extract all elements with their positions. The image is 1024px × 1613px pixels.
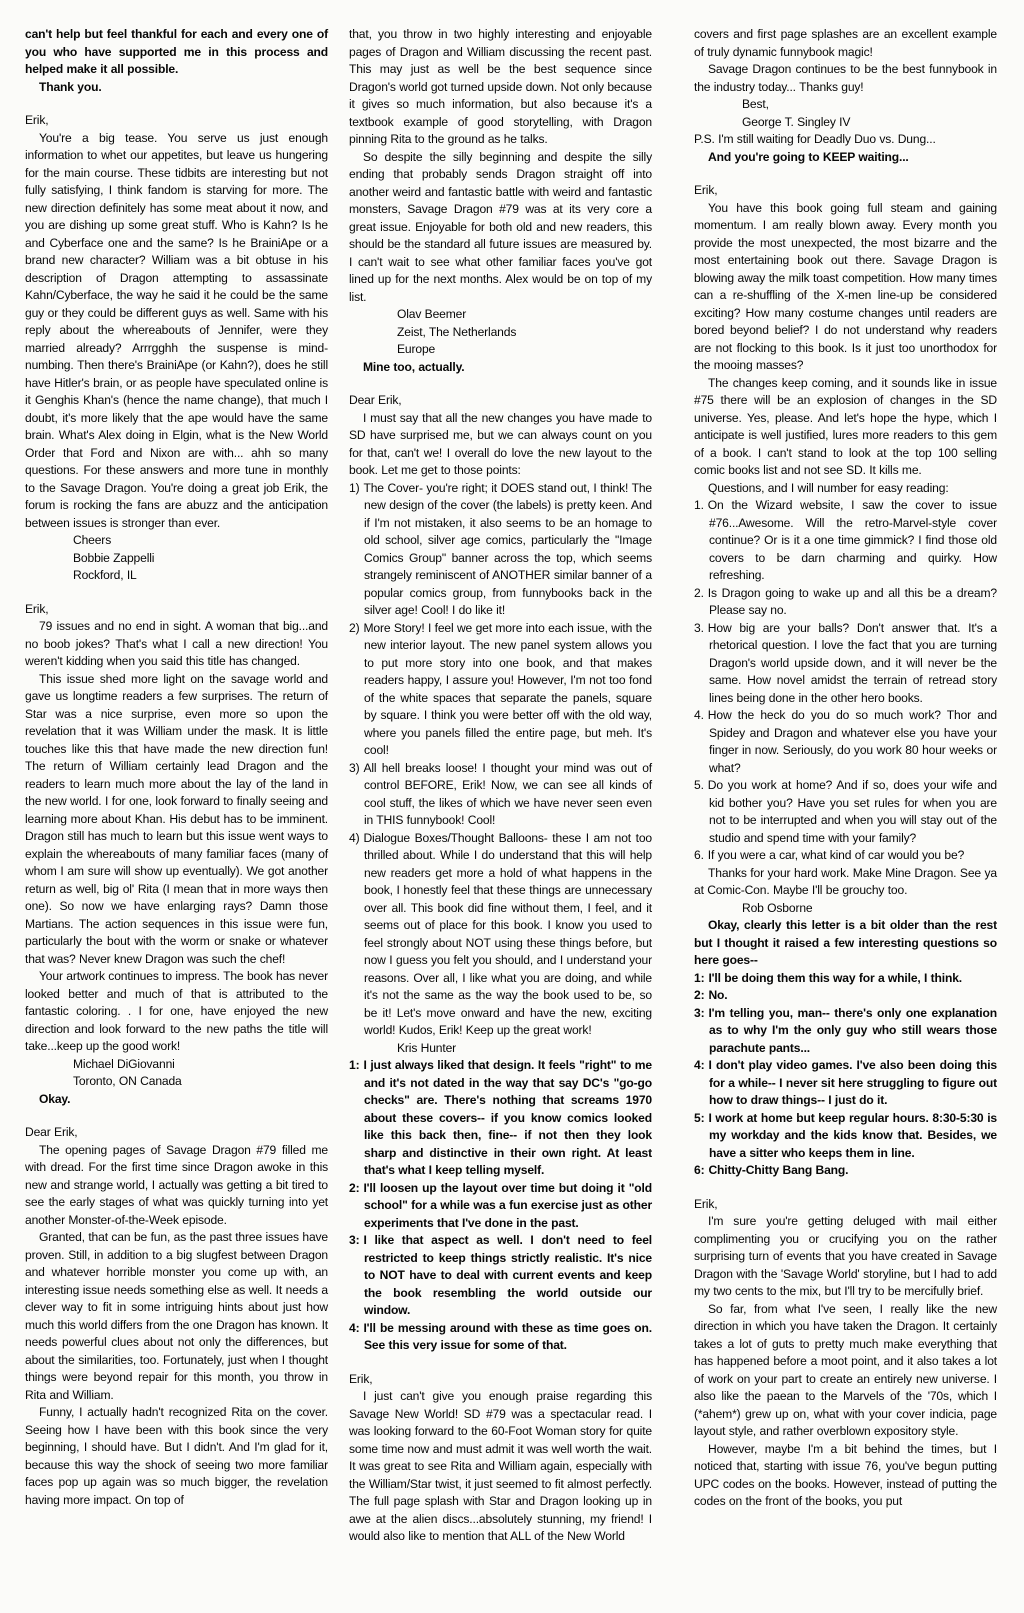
signature-line: Michael DiGiovanni [73,1056,328,1074]
salutation: Erik, [694,182,997,200]
letter-paragraph: P.S. I'm still waiting for Deadly Duo vs… [694,131,997,149]
item-marker: 2: [349,1181,363,1195]
signature-line: Bobbie Zappelli [73,550,328,568]
item-marker: 1: [349,1058,363,1072]
signature-line: Europe [397,341,652,359]
item-marker: 5: [694,1111,708,1125]
signature-line: Rockford, IL [73,567,328,585]
item-marker: 3: [349,1233,363,1247]
item-marker: 1) [349,481,363,495]
item-marker: 2. [694,586,708,600]
letter-point-item: 2.Is Dragon going to wake up and all thi… [694,585,997,620]
letter-paragraph: So despite the silly beginning and despi… [349,149,652,307]
letter-point-item: 2)More Story! I feel we get more into ea… [349,620,652,760]
signature: Olav BeemerZeist, The NetherlandsEurope [349,306,652,359]
item-marker: 4. [694,708,708,722]
item-text: Is Dragon going to wake up and all this … [708,586,997,618]
editor-reply-item: 4:I don't play video games. I've also be… [694,1057,997,1110]
letter-paragraph: Questions, and I will number for easy re… [694,480,997,498]
editor-reply-item: 4:I'll be messing around with these as t… [349,1320,652,1355]
letter-paragraph: I'm sure you're getting deluged with mai… [694,1213,997,1301]
editor-reply: Mine too, actually. [349,359,652,377]
salutation: Dear Erik, [25,1124,328,1142]
letter-paragraph: Your artwork continues to impress. The b… [25,968,328,1056]
item-marker: 2) [349,621,363,635]
signature-line: George T. Singley IV [742,114,997,132]
editor-reply-item: 3:I'm telling you, man-- there's only on… [694,1005,997,1058]
editor-reply-item: 2:No. [694,987,997,1005]
letter-paragraph: Funny, I actually hadn't recognized Rita… [25,1404,328,1509]
letter-paragraph: that, you throw in two highly interestin… [349,26,652,149]
salutation: Erik, [25,112,328,130]
letter-paragraph: You're a big tease. You serve us just en… [25,130,328,533]
column-1: can't help but feel thankful for each an… [25,26,328,1546]
item-text: I work at home but keep regular hours. 8… [708,1111,997,1160]
editor-reply-item: 5:I work at home but keep regular hours.… [694,1110,997,1163]
letter-point-item: 4)Dialogue Boxes/Thought Balloons- these… [349,830,652,1040]
signature: Kris Hunter [349,1040,652,1058]
item-text: I'm telling you, man-- there's only one … [708,1006,997,1055]
item-marker: 1: [694,971,708,985]
editor-reply: can't help but feel thankful for each an… [25,26,328,79]
salutation: Dear Erik, [349,392,652,410]
letter-point-item: 4.How the heck do you do so much work? T… [694,707,997,777]
item-marker: 3) [349,761,363,775]
item-text: I'll loosen up the layout over time but … [363,1181,652,1230]
editor-reply: Thank you. [25,79,328,97]
item-text: I'll be messing around with these as tim… [363,1321,652,1353]
letter-point-item: 6.If you were a car, what kind of car wo… [694,847,997,865]
editor-reply-item: 6:Chitty-Chitty Bang Bang. [694,1162,997,1180]
item-text: All hell breaks loose! I thought your mi… [363,761,652,828]
item-marker: 2: [694,988,708,1002]
letter-point-item: 3)All hell breaks loose! I thought your … [349,760,652,830]
item-marker: 4: [349,1321,363,1335]
item-text: I like that aspect as well. I don't need… [363,1233,652,1317]
letter-paragraph: Thanks for your hard work. Make Mine Dra… [694,865,997,900]
column-2: that, you throw in two highly interestin… [349,26,652,1546]
letter-paragraph: covers and first page splashes are an ex… [694,26,997,61]
item-marker: 4) [349,831,363,845]
item-text: I don't play video games. I've also been… [708,1058,997,1107]
letter-paragraph: So far, from what I've seen, I really li… [694,1301,997,1441]
signature: CheersBobbie ZappelliRockford, IL [25,532,328,585]
letter-point-item: 3.How big are your balls? Don't answer t… [694,620,997,708]
signature-line: Olav Beemer [397,306,652,324]
letter-paragraph: I must say that all the new changes you … [349,410,652,480]
signature-line: Zeist, The Netherlands [397,324,652,342]
item-text: If you were a car, what kind of car woul… [708,848,964,862]
column-3: covers and first page splashes are an ex… [694,26,997,1546]
signature-line: Cheers [73,532,328,550]
editor-reply: Okay. [25,1091,328,1109]
letter-paragraph: Granted, that can be fun, as the past th… [25,1229,328,1404]
item-marker: 4: [694,1058,708,1072]
letters-page: can't help but feel thankful for each an… [0,0,1024,1546]
item-marker: 6: [694,1163,708,1177]
letter-paragraph: This issue shed more light on the savage… [25,671,328,969]
letter-paragraph: Savage Dragon continues to be the best f… [694,61,997,96]
item-text: How the heck do you do so much work? Tho… [708,708,997,775]
item-text: Dialogue Boxes/Thought Balloons- these I… [363,831,652,1038]
signature: Rob Osborne [694,900,997,918]
editor-reply-item: 1:I'll be doing them this way for a whil… [694,970,997,988]
item-text: Chitty-Chitty Bang Bang. [708,1163,848,1177]
salutation: Erik, [25,601,328,619]
letter-point-item: 1.On the Wizard website, I saw the cover… [694,497,997,585]
editor-reply: And you're going to KEEP waiting... [694,149,997,167]
salutation: Erik, [349,1371,652,1389]
salutation: Erik, [694,1196,997,1214]
editor-reply-item: 1:I just always liked that design. It fe… [349,1057,652,1180]
item-marker: 3. [694,621,708,635]
item-marker: 3: [694,1006,708,1020]
letter-paragraph: However, maybe I'm a bit behind the time… [694,1441,997,1511]
signature-line: Kris Hunter [397,1040,652,1058]
item-text: I'll be doing them this way for a while,… [708,971,962,985]
editor-reply: Okay, clearly this letter is a bit older… [694,917,997,970]
signature: Best,George T. Singley IV [694,96,997,131]
letter-point-item: 5.Do you work at home? And if so, does y… [694,777,997,847]
item-text: I just always liked that design. It feel… [363,1058,652,1177]
editor-reply-item: 3:I like that aspect as well. I don't ne… [349,1232,652,1320]
item-marker: 6. [694,848,708,862]
item-text: How big are your balls? Don't answer tha… [708,621,997,705]
letter-point-item: 1)The Cover- you're right; it DOES stand… [349,480,652,620]
signature: Michael DiGiovanniToronto, ON Canada [25,1056,328,1091]
letter-paragraph: The changes keep coming, and it sounds l… [694,375,997,480]
letter-paragraph: I just can't give you enough praise rega… [349,1388,652,1546]
item-text: More Story! I feel we get more into each… [363,621,652,758]
item-text: Do you work at home? And if so, does you… [708,778,997,845]
letter-paragraph: You have this book going full steam and … [694,200,997,375]
editor-reply-item: 2:I'll loosen up the layout over time bu… [349,1180,652,1233]
item-marker: 1. [694,498,708,512]
item-text: No. [708,988,727,1002]
item-marker: 5. [694,778,708,792]
letters-page-body: { "page": { "background_color": "#fbfbf9… [0,0,1024,1613]
signature-line: Toronto, ON Canada [73,1073,328,1091]
signature-line: Rob Osborne [742,900,997,918]
item-text: The Cover- you're right; it DOES stand o… [363,481,652,618]
letter-paragraph: The opening pages of Savage Dragon #79 f… [25,1142,328,1230]
letter-paragraph: 79 issues and no end in sight. A woman t… [25,618,328,671]
signature-line: Best, [742,96,997,114]
item-text: On the Wizard website, I saw the cover t… [708,498,997,582]
